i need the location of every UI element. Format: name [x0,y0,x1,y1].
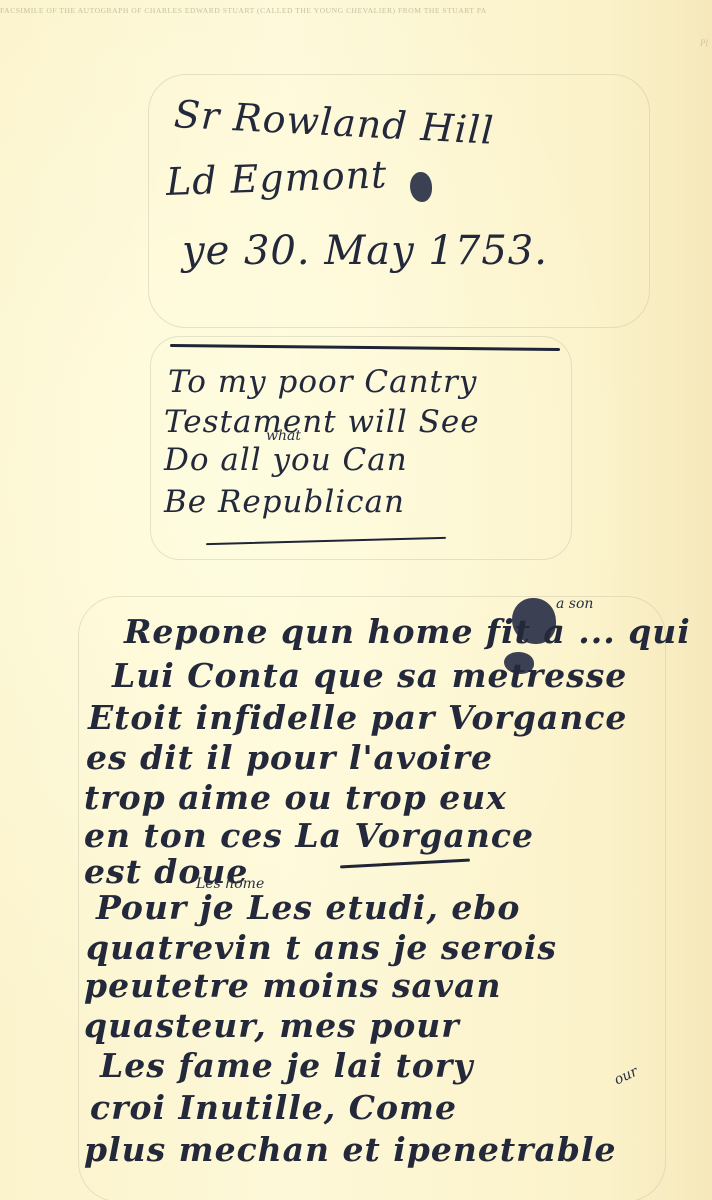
ink-blot-icon [410,172,432,202]
document-page: FACSIMILE OF THE AUTOGRAPH OF CHARLES ED… [0,0,712,1200]
handwriting-line: Pour je Les etudi, ebo [96,888,520,927]
handwriting-line: plus mechan et ipenetrable [84,1130,616,1169]
handwriting-line: Testament will See [164,404,480,440]
handwriting-line: Lui Conta que sa metresse [112,656,627,695]
handwriting-line: Repone qun home fit a ... qui [124,612,691,651]
interlinear-note: a son [556,596,593,612]
handwriting-line: Be Republican [164,484,405,520]
handwriting-line: Ld Egmont [165,152,388,204]
handwriting-line: en ton ces La Vorgance [84,816,534,855]
handwriting-line: Do all you Can [164,442,408,478]
plate-label: Pl [700,38,708,48]
handwriting-line: quasteur, mes pour [84,1006,460,1045]
handwriting-line: es dit il pour l'avoire [86,738,493,777]
handwriting-line: Les fame je lai tory [100,1046,473,1085]
handwriting-line: croi Inutille, Come [90,1088,457,1127]
handwriting-line: Etoit infidelle par Vorgance [88,698,627,737]
handwriting-line: quatrevin t ans je serois [86,928,557,967]
handwriting-line: To my poor Cantry [168,364,477,400]
handwriting-line: trop aime ou trop eux [84,778,507,817]
handwriting-line: ye 30. May 1753. [182,228,548,274]
header-caption: FACSIMILE OF THE AUTOGRAPH OF CHARLES ED… [0,6,712,15]
handwriting-line: peutetre moins savan [84,966,501,1005]
